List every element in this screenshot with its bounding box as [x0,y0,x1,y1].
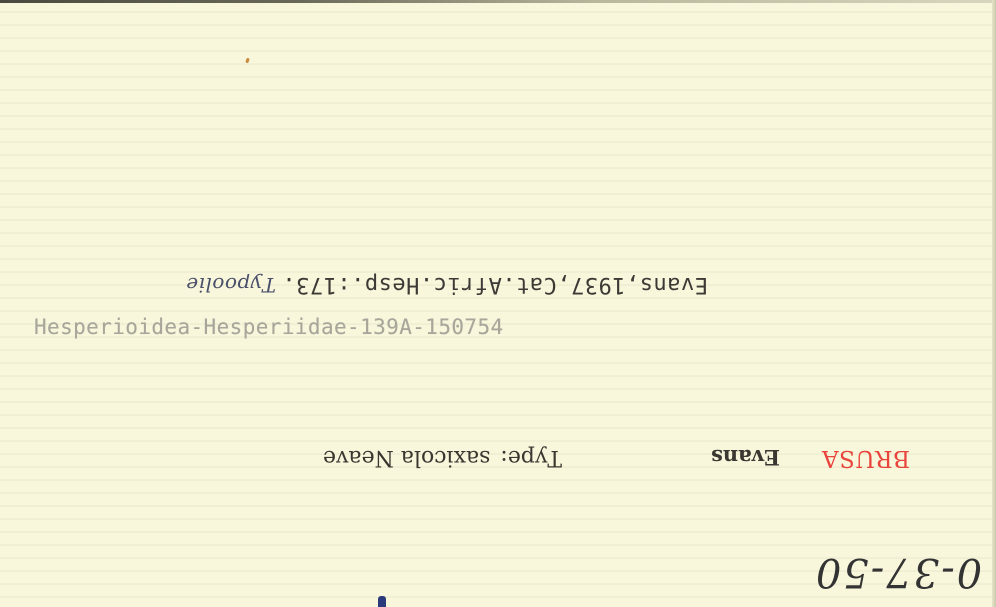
institution-code: BRUSA [818,445,910,471]
catalog-number: 0-37-50 [808,548,988,596]
classification-stamp-wrapper: Hesperioidea-Hesperiidae-139A-150754 [34,312,549,342]
type-label: Type: [500,446,562,471]
card-right-edge [992,0,996,607]
card-top-edge [0,0,996,3]
author-name: Evans [692,446,780,471]
paper-speck [245,58,250,64]
index-card: Evans,1937,Cat.Afric.Hesp.:173. Typoolie… [0,0,996,607]
type-species: saxicola Neave [323,446,490,471]
pen-mark [378,596,386,607]
type-row: BRUSA Evans Type: saxicola Neave [140,440,910,476]
reference-citation: Evans,1937,Cat.Afric.Hesp.:173. [282,273,708,298]
reference-line: Evans,1937,Cat.Afric.Hesp.:173. Typoolie [248,268,708,302]
classification-stamp: Hesperioidea-Hesperiidae-139A-150754 [34,315,504,339]
handwritten-note: Typoolie [186,273,276,297]
